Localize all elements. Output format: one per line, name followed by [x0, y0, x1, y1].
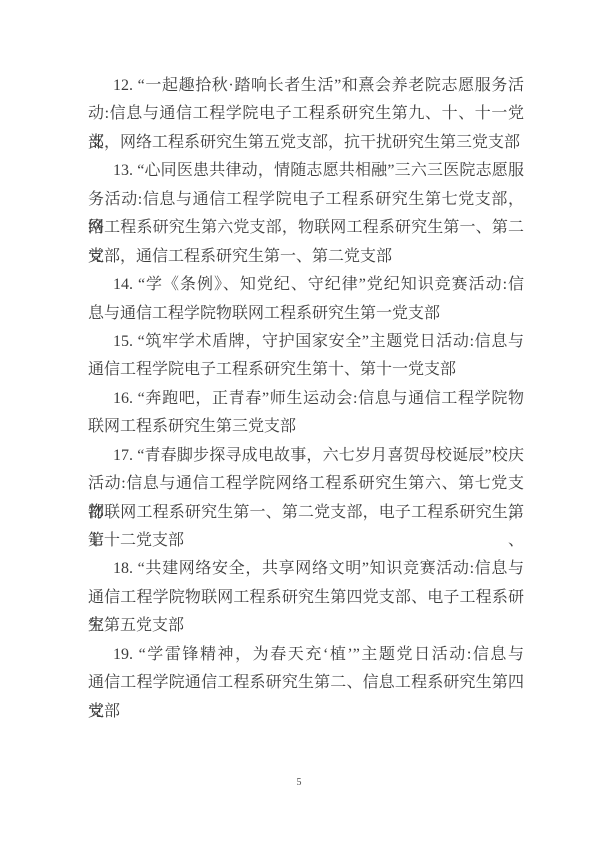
- text-line: 物联网工程系研究生第一、第二党支部，电子工程系研究生第七、: [88, 499, 524, 527]
- text-line: 19. “学雷锋精神，为春天充‘植’”主题党日活动:信息与: [88, 641, 524, 669]
- text-line: 活动:信息与通信工程学院网络工程系研究生第六、第七党支部，: [88, 470, 524, 498]
- text-line: 部，网络工程系研究生第五党支部，抗干扰研究生第三党支部: [88, 129, 524, 157]
- text-line: 息与通信工程学院物联网工程系研究生第一党支部: [88, 300, 524, 328]
- document-page: 12. “一起趣拾秋·踏响长者生活”和熹会养老院志愿服务活动:信息与通信工程学院…: [0, 0, 598, 849]
- text-line: 13. “心同医患共律动，情随志愿共相融”三六三医院志愿服: [88, 157, 524, 185]
- text-line: 通信工程学院通信工程系研究生第二、信息工程系研究生第四党: [88, 669, 524, 697]
- text-line: 动:信息与通信工程学院电子工程系研究生第九、十、十一党支: [88, 100, 524, 128]
- text-line: 17. “青春脚步探寻成电故事，六七岁月喜贺母校诞辰”校庆: [88, 442, 524, 470]
- text-line: 16. “奔跑吧，正青春”师生运动会:信息与通信工程学院物: [88, 385, 524, 413]
- text-line: 络工程系研究生第六党支部，物联网工程系研究生第一、第二党: [88, 214, 524, 242]
- text-line: 14. “学《条例》、知党纪、守纪律”党纪知识竞赛活动:信: [88, 271, 524, 299]
- paragraph-item-19: 19. “学雷锋精神，为春天充‘植’”主题党日活动:信息与通信工程学院通信工程系…: [88, 641, 524, 726]
- paragraph-item-13: 13. “心同医患共律动，情随志愿共相融”三六三医院志愿服务活动:信息与通信工程…: [88, 157, 524, 271]
- text-line: 通信工程学院物联网工程系研究生第四党支部、电子工程系研究: [88, 584, 524, 612]
- paragraph-item-12: 12. “一起趣拾秋·踏响长者生活”和熹会养老院志愿服务活动:信息与通信工程学院…: [88, 72, 524, 157]
- text-line: 15. “筑牢学术盾牌，守护国家安全”主题党日活动:信息与: [88, 328, 524, 356]
- text-line: 联网工程系研究生第三党支部: [88, 413, 524, 441]
- text-line: 务活动:信息与通信工程学院电子工程系研究生第七党支部，网: [88, 186, 524, 214]
- paragraph-item-18: 18. “共建网络安全，共享网络文明”知识竞赛活动:信息与通信工程学院物联网工程…: [88, 555, 524, 640]
- document-body: 12. “一起趣拾秋·踏响长者生活”和熹会养老院志愿服务活动:信息与通信工程学院…: [88, 72, 524, 726]
- text-line: 生第五党支部: [88, 612, 524, 640]
- paragraph-item-17: 17. “青春脚步探寻成电故事，六七岁月喜贺母校诞辰”校庆活动:信息与通信工程学…: [88, 442, 524, 556]
- paragraph-item-14: 14. “学《条例》、知党纪、守纪律”党纪知识竞赛活动:信息与通信工程学院物联网…: [88, 271, 524, 328]
- text-line: 支部: [88, 698, 524, 726]
- page-number: 5: [0, 777, 598, 788]
- text-line: 12. “一起趣拾秋·踏响长者生活”和熹会养老院志愿服务活: [88, 72, 524, 100]
- paragraph-item-15: 15. “筑牢学术盾牌，守护国家安全”主题党日活动:信息与通信工程学院电子工程系…: [88, 328, 524, 385]
- text-line: 18. “共建网络安全，共享网络文明”知识竞赛活动:信息与: [88, 555, 524, 583]
- paragraph-item-16: 16. “奔跑吧，正青春”师生运动会:信息与通信工程学院物联网工程系研究生第三党…: [88, 385, 524, 442]
- text-line: 通信工程学院电子工程系研究生第十、第十一党支部: [88, 356, 524, 384]
- text-line: 支部，通信工程系研究生第一、第二党支部: [88, 243, 524, 271]
